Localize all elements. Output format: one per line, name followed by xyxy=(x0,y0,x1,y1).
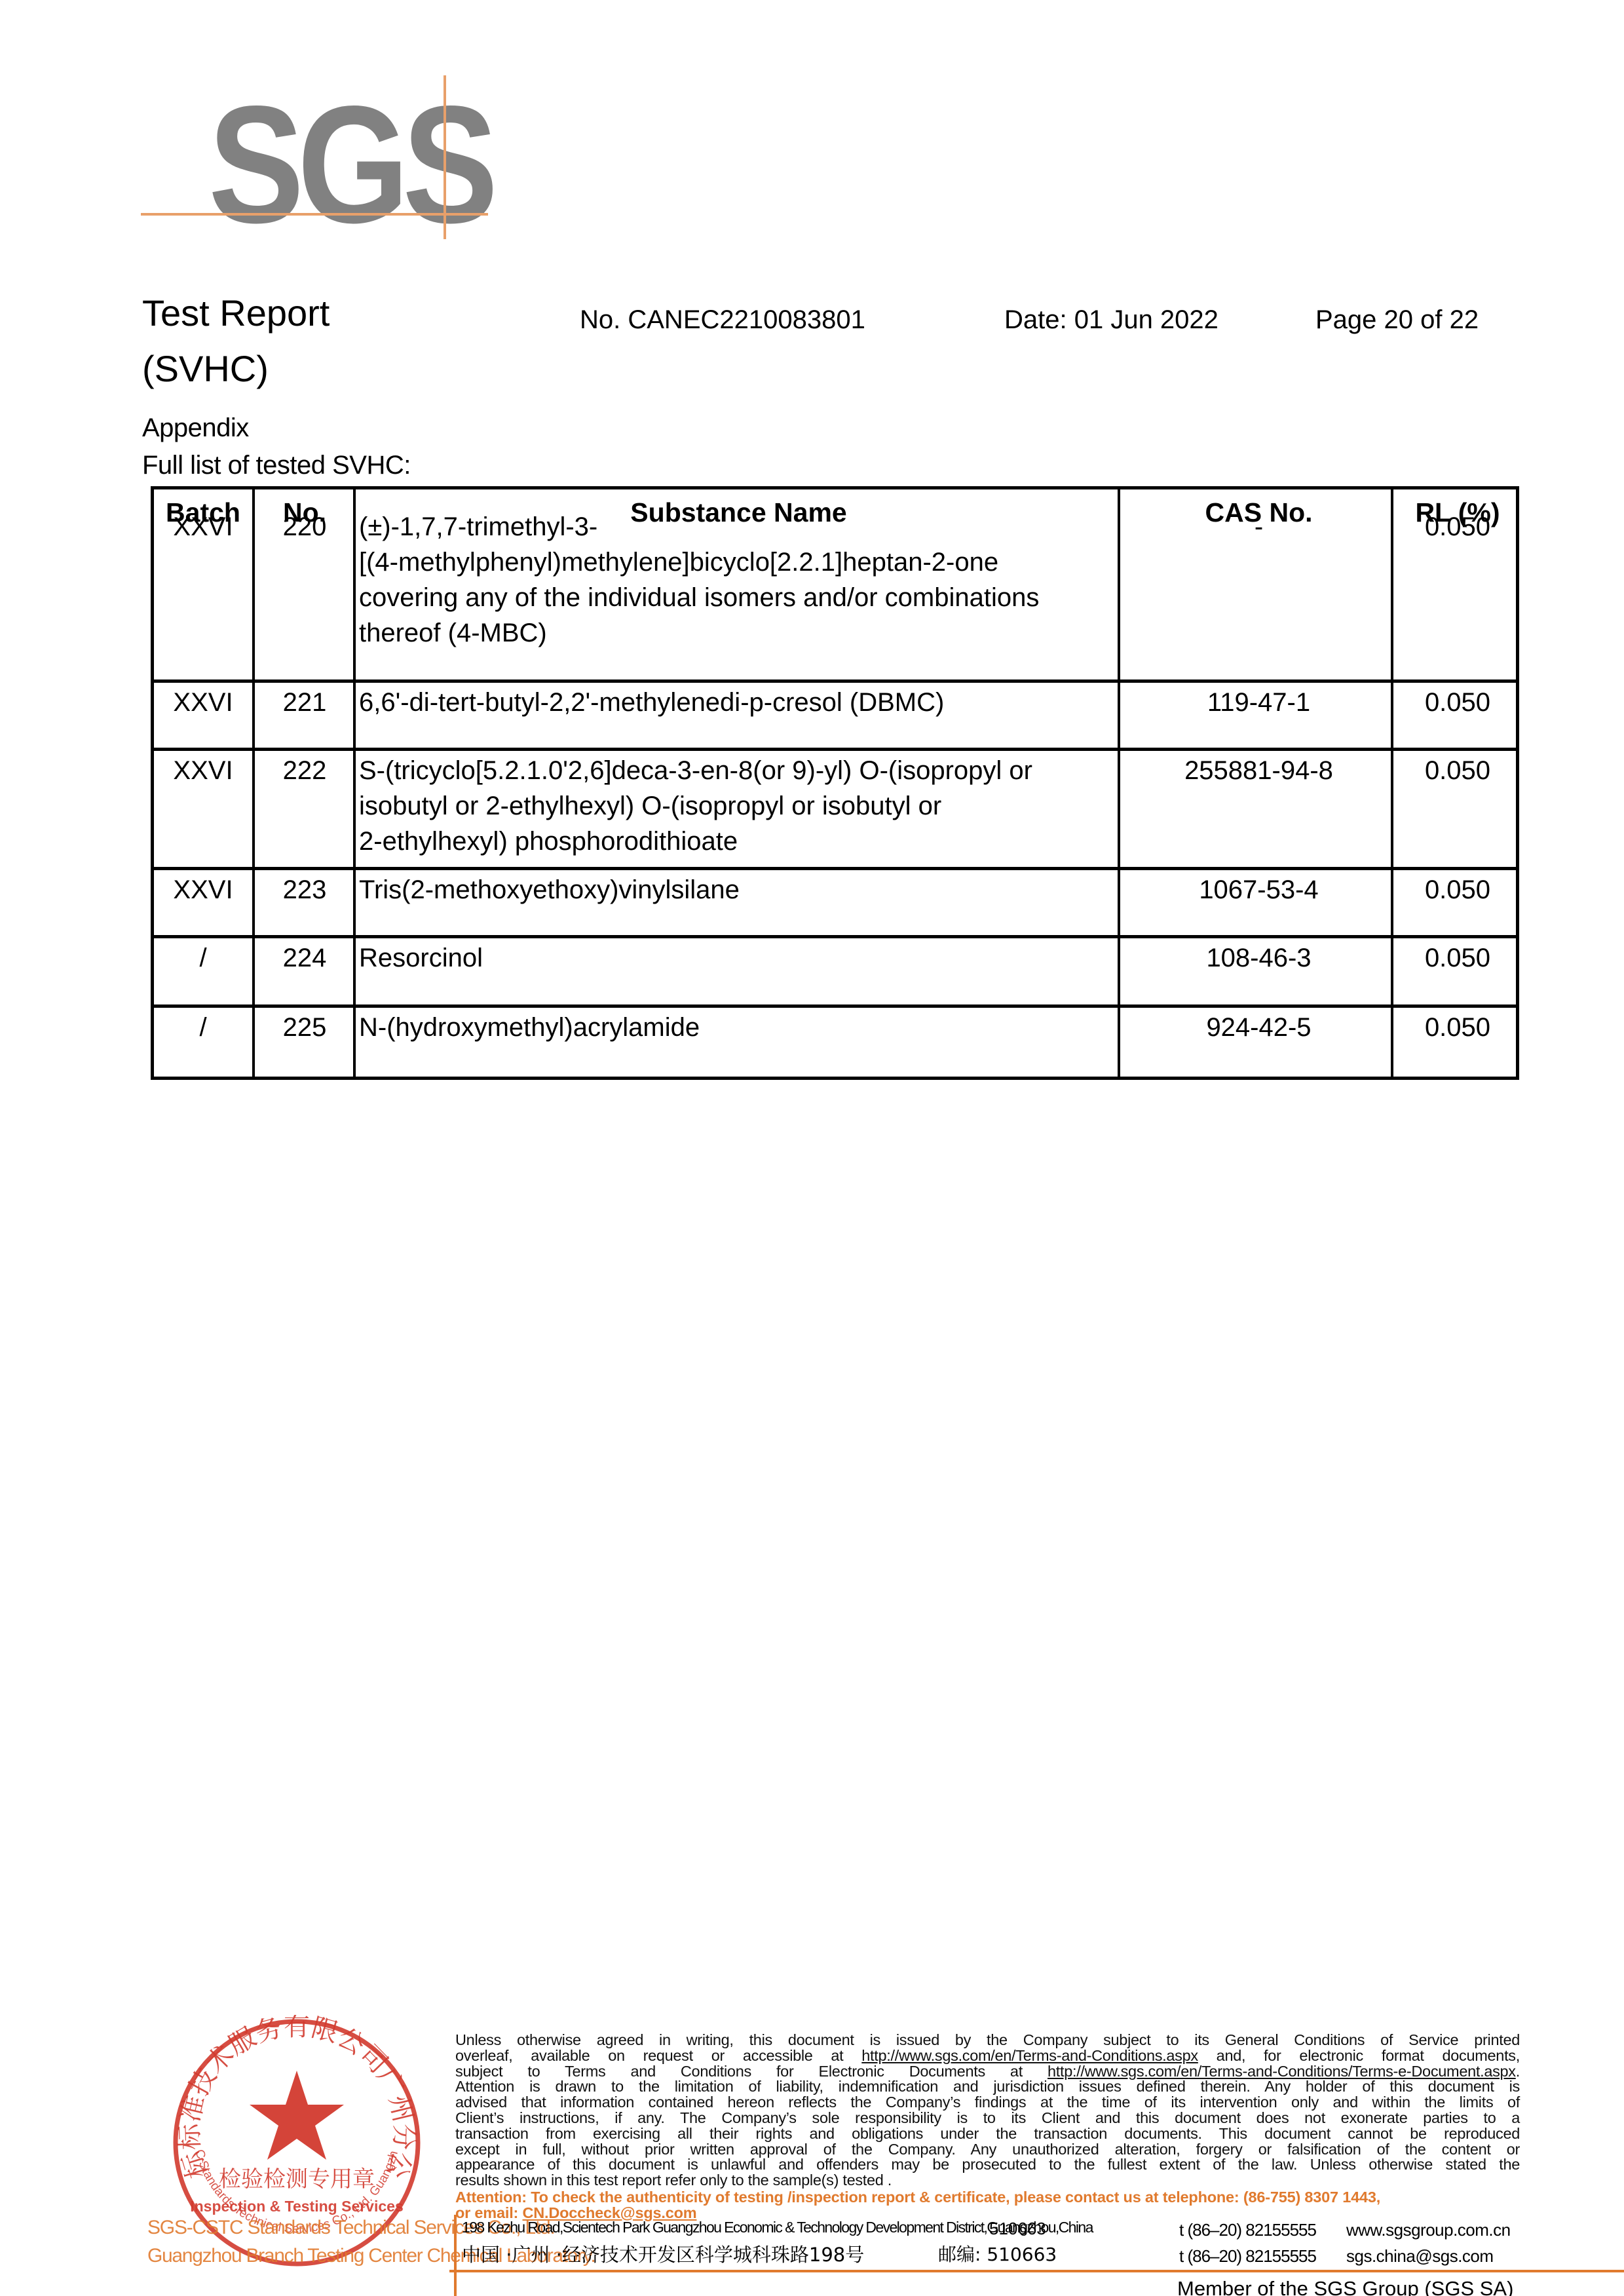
footer-horizontal-rule xyxy=(449,2270,1624,2272)
substance-name-line: 2-ethylhexyl) phosphorodithioate xyxy=(359,824,1119,859)
substance-name-line: Tris(2-methoxyethoxy)vinylsilane xyxy=(359,872,1119,908)
disclaimer-text: Unless otherwise agreed in writing, this… xyxy=(455,2031,1520,2048)
website-link[interactable]: www.sgsgroup.com.cn xyxy=(1346,2221,1511,2238)
section-appendix: Appendix xyxy=(142,415,249,441)
star-icon xyxy=(250,2071,344,2160)
disclaimer-line: Client’s instructions, if any. The Compa… xyxy=(455,2111,1520,2126)
disclaimer-text: subject to Terms and Conditions for Elec… xyxy=(455,2063,1048,2080)
legal-disclaimer: Unless otherwise agreed in writing, this… xyxy=(455,2033,1520,2189)
cell-reporting-limit: 0.050 xyxy=(1397,509,1519,545)
substance-name-line: isobutyl or 2-ethylhexyl) O-(isopropyl o… xyxy=(359,788,1119,824)
row-divider xyxy=(154,867,1516,870)
cell-substance-name: N-(hydroxymethyl)acrylamide xyxy=(359,1010,1119,1045)
disclaimer-text: and, for electronic format documents, xyxy=(1198,2047,1520,2064)
substance-name-line: (±)-1,7,7-trimethyl-3- xyxy=(359,509,1119,545)
cell-batch: XXVI xyxy=(154,872,252,908)
substance-name-line: N-(hydroxymethyl)acrylamide xyxy=(359,1010,1119,1045)
sgs-membership: Member of the SGS Group (SGS SA) xyxy=(1177,2278,1513,2296)
cell-reporting-limit: 0.050 xyxy=(1397,872,1519,908)
cell-substance-name: (±)-1,7,7-trimethyl-3-[(4-methylphenyl)m… xyxy=(359,509,1119,651)
col-divider xyxy=(252,489,255,1077)
report-number: No. CANEC2210083801 xyxy=(580,307,865,333)
substance-name-line: S-(tricyclo[5.2.1.0'2,6]deca-3-en-8(or 9… xyxy=(359,753,1119,788)
cell-reporting-limit: 0.050 xyxy=(1397,685,1519,720)
disclaimer-line: overleaf, available on request or access… xyxy=(455,2048,1520,2064)
sgs-logo: SGS xyxy=(197,79,472,229)
terms-link[interactable]: http://www.sgs.com/en/Terms-and-Conditio… xyxy=(861,2047,1198,2064)
cell-batch: XXVI xyxy=(154,753,252,788)
disclaimer-line: advised that information contained hereo… xyxy=(455,2095,1520,2111)
disclaimer-text: transaction from exercising all their ri… xyxy=(455,2125,1520,2142)
row-divider xyxy=(154,679,1516,683)
cell-cas-no: 255881-94-8 xyxy=(1124,753,1394,788)
disclaimer-line: appearance of this document is unlawful … xyxy=(455,2157,1520,2173)
disclaimer-line: Attention is drawn to the limitation of … xyxy=(455,2079,1520,2095)
sgs-logo-text: SGS xyxy=(208,81,491,248)
disclaimer-text: Attention is drawn to the limitation of … xyxy=(455,2078,1520,2095)
report-date: Date: 01 Jun 2022 xyxy=(1004,307,1218,333)
disclaimer-text: results shown in this test report refer … xyxy=(455,2172,892,2189)
disclaimer-line: except in full, without prior written ap… xyxy=(455,2142,1520,2158)
row-divider xyxy=(154,1004,1516,1008)
telephone-2: t (86–20) 82155555 xyxy=(1179,2248,1316,2265)
page-number: Page 20 of 22 xyxy=(1315,307,1479,333)
disclaimer-text: Client’s instructions, if any. The Compa… xyxy=(455,2109,1520,2126)
disclaimer-line: results shown in this test report refer … xyxy=(455,2173,1520,2189)
disclaimer-text: overleaf, available on request or access… xyxy=(455,2047,861,2064)
cell-cas-no: 924-42-5 xyxy=(1124,1010,1394,1045)
cell-reporting-limit: 0.050 xyxy=(1397,940,1519,976)
terms-link[interactable]: http://www.sgs.com/en/Terms-and-Conditio… xyxy=(1048,2063,1516,2080)
section-list-title: Full list of tested SVHC: xyxy=(142,452,411,478)
disclaimer-text: . xyxy=(1516,2063,1520,2080)
logo-vertical-rule xyxy=(444,75,446,239)
cell-batch: XXVI xyxy=(154,509,252,545)
cell-no: 223 xyxy=(255,872,354,908)
logo-horizontal-rule xyxy=(141,213,488,216)
cell-substance-name: S-(tricyclo[5.2.1.0'2,6]deca-3-en-8(or 9… xyxy=(359,753,1119,859)
cell-substance-name: 6,6'-di-tert-butyl-2,2'-methylenedi-p-cr… xyxy=(359,685,1119,720)
substance-name-line: Resorcinol xyxy=(359,940,1119,976)
row-divider xyxy=(154,935,1516,938)
authenticity-notice-line1: Attention: To check the authenticity of … xyxy=(455,2190,1520,2206)
cell-no: 220 xyxy=(255,509,354,545)
authenticity-notice: Attention: To check the authenticity of … xyxy=(455,2190,1520,2221)
disclaimer-line: subject to Terms and Conditions for Elec… xyxy=(455,2064,1520,2080)
report-title: Test Report xyxy=(142,295,330,332)
cell-batch: / xyxy=(154,1010,252,1045)
cell-cas-no: 108-46-3 xyxy=(1124,940,1394,976)
postcode-english: 510663 xyxy=(989,2220,1046,2237)
row-divider xyxy=(154,748,1516,751)
footer-vertical-rule xyxy=(454,2215,457,2296)
telephone-1: t (86–20) 82155555 xyxy=(1179,2221,1316,2238)
substance-name-line: [(4-methylphenyl)methylene]bicyclo[2.2.1… xyxy=(359,545,1119,580)
cell-batch: / xyxy=(154,940,252,976)
cell-cas-no: - xyxy=(1124,509,1394,545)
address-chinese: 中国 ·广州 ·经济技术开发区科学城科珠路198号 xyxy=(462,2246,864,2265)
disclaimer-line: Unless otherwise agreed in writing, this… xyxy=(455,2033,1520,2048)
disclaimer-text: advised that information contained hereo… xyxy=(455,2094,1520,2111)
cell-no: 225 xyxy=(255,1010,354,1045)
disclaimer-text: appearance of this document is unlawful … xyxy=(455,2156,1520,2173)
substance-name-line: covering any of the individual isomers a… xyxy=(359,580,1119,615)
postcode-chinese: 邮编: 510663 xyxy=(938,2246,1057,2264)
disclaimer-text: except in full, without prior written ap… xyxy=(455,2141,1520,2158)
cell-no: 221 xyxy=(255,685,354,720)
cell-reporting-limit: 0.050 xyxy=(1397,753,1519,788)
cell-cas-no: 119-47-1 xyxy=(1124,685,1394,720)
cell-no: 224 xyxy=(255,940,354,976)
report-subtitle: (SVHC) xyxy=(142,351,269,387)
cell-reporting-limit: 0.050 xyxy=(1397,1010,1519,1045)
disclaimer-line: transaction from exercising all their ri… xyxy=(455,2126,1520,2142)
cell-no: 222 xyxy=(255,753,354,788)
substance-name-line: 6,6'-di-tert-butyl-2,2'-methylenedi-p-cr… xyxy=(359,685,1119,720)
contact-email[interactable]: sgs.china@sgs.com xyxy=(1346,2248,1494,2265)
cell-substance-name: Tris(2-methoxyethoxy)vinylsilane xyxy=(359,872,1119,908)
cell-batch: XXVI xyxy=(154,685,252,720)
cell-cas-no: 1067-53-4 xyxy=(1124,872,1394,908)
substance-name-line: thereof (4-MBC) xyxy=(359,615,1119,651)
stamp-center-cn: 检验检测专用章 xyxy=(219,2166,375,2192)
cell-substance-name: Resorcinol xyxy=(359,940,1119,976)
svhc-table: Batch No. Substance Name CAS No. RL (%) … xyxy=(151,486,1519,1080)
